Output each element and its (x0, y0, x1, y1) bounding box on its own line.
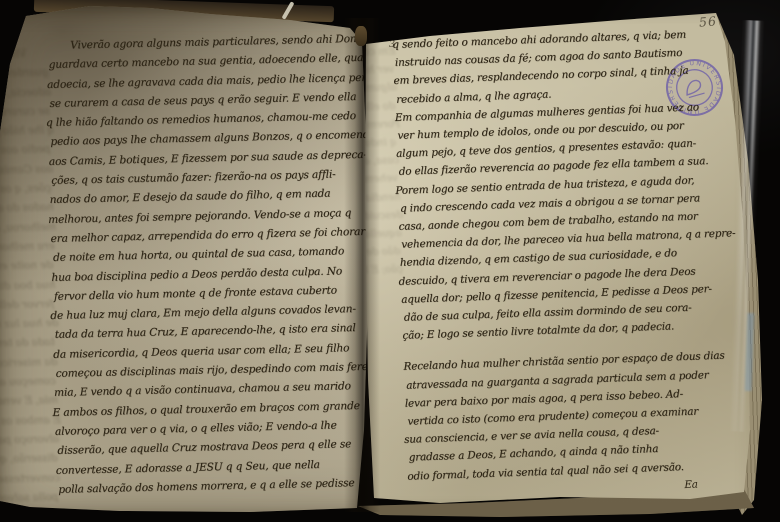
right-paragraph-2: Em companhia de algumas mulheres gentias… (395, 97, 735, 345)
manuscript-line: polla salvação dos homens morrera, e q a… (0, 488, 59, 514)
right-page-text: q sendo feito o mancebo ahi adorando alt… (392, 24, 740, 500)
right-paragraph-3: Recelando hua mulher christãa sentio por… (403, 347, 739, 486)
right-paragraph-1: q sendo feito o mancebo ahi adorando alt… (392, 24, 726, 108)
book-gutter (344, 18, 380, 512)
photo-background: Viverão agora alguns mais particulares, … (0, 0, 780, 522)
left-page-text: Viverão agora alguns mais particulares, … (46, 30, 362, 500)
gutter-sewing (355, 26, 367, 46)
